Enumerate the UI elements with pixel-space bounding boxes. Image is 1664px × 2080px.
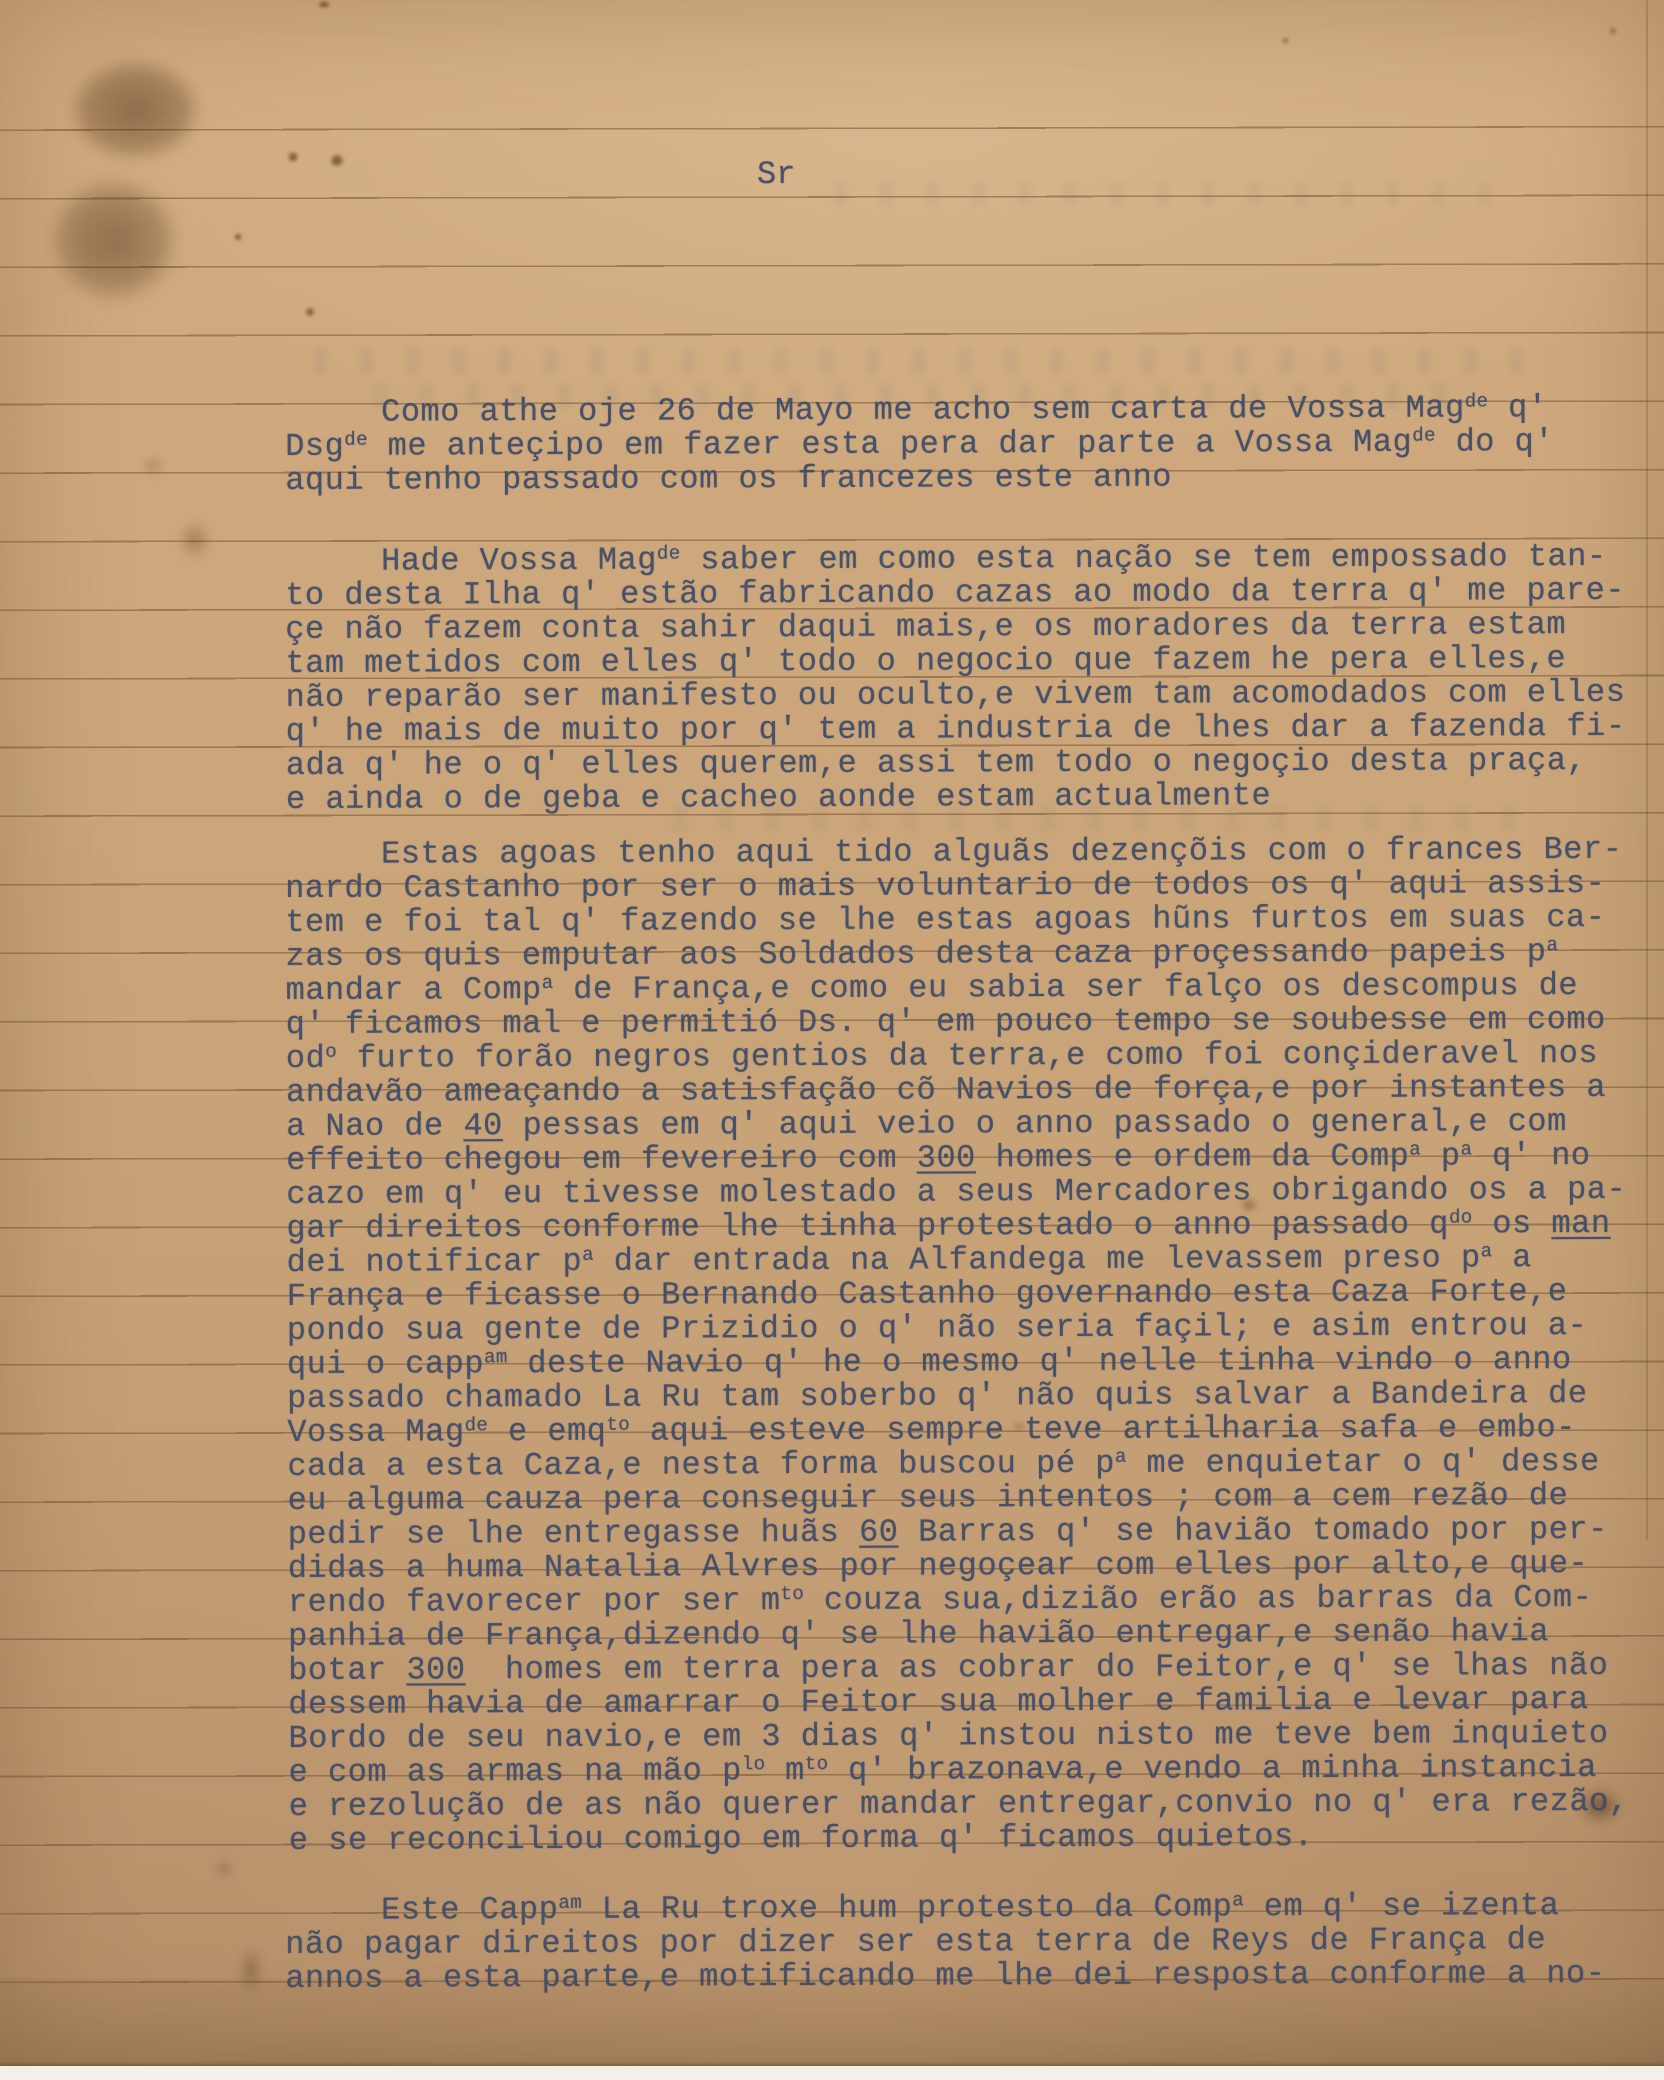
- text-line: annos a esta parte,e motificando me lhe …: [285, 1957, 1645, 1996]
- text-segment: Este Capp: [381, 1891, 558, 1929]
- text-segment: Hade Vossa Mag: [381, 542, 657, 580]
- superscript-text: de: [465, 1414, 489, 1436]
- text-segment: qui o capp: [287, 1345, 484, 1383]
- text-line: ada q' he o q' elles querem,e assi tem t…: [286, 744, 1646, 783]
- superscript-text: to: [805, 1753, 829, 1775]
- text-segment: os: [1473, 1205, 1552, 1242]
- superscript-text: de: [1412, 425, 1436, 447]
- text-segment: q': [1488, 389, 1547, 426]
- superscript-text: am: [484, 1346, 508, 1368]
- superscript-text: a: [1546, 934, 1558, 956]
- superscript-text: de: [344, 429, 368, 451]
- letter-body: Como athe oje 26 de Mayo me acho sem car…: [0, 0, 1664, 2080]
- superscript-text: a: [582, 1244, 594, 1266]
- superscript-text: to: [606, 1414, 630, 1436]
- superscript-text: o: [325, 1041, 337, 1063]
- text-segment: rendo favorecer por ser m: [288, 1582, 781, 1621]
- superscript-text: to: [780, 1583, 804, 1605]
- superscript-text: de: [657, 543, 681, 565]
- superscript-text: de: [1465, 390, 1489, 412]
- paragraph-1: Como athe oje 26 de Mayo me acho sem car…: [285, 391, 1645, 498]
- text-segment: e com as armas na mão p: [289, 1752, 742, 1791]
- underlined-text: man: [1551, 1205, 1610, 1242]
- superscript-text: a: [542, 972, 554, 994]
- superscript-text: a: [1232, 1889, 1244, 1911]
- text-segment: a: [1492, 1239, 1532, 1276]
- superscript-text: a: [1460, 1138, 1472, 1160]
- superscript-text: a: [1409, 1139, 1421, 1161]
- underlined-text: 40: [463, 1107, 503, 1144]
- superscript-text: a: [1481, 1240, 1493, 1262]
- text-segment: q' no: [1472, 1137, 1590, 1174]
- text-segment: mandar a Comp: [286, 971, 542, 1009]
- text-segment: me enquietar o q' desse: [1127, 1443, 1600, 1482]
- superscript-text: do: [1449, 1206, 1473, 1228]
- paragraph-3: Estas agoas tenho aqui tido alguãs dezen…: [285, 833, 1649, 1858]
- underlined-text: 60: [859, 1514, 899, 1551]
- text-line: Dsgde me anteçipo em fazer esta pera dar…: [285, 425, 1645, 464]
- text-segment: do q': [1436, 423, 1554, 460]
- paragraph-2: Hade Vossa Magde saber em como esta naçã…: [285, 540, 1646, 817]
- superscript-text: lo: [742, 1753, 766, 1775]
- superscript-text: am: [558, 1892, 582, 1914]
- text-segment: e emq: [488, 1413, 606, 1450]
- text-segment: e se reconciliou comigo em forma q' fica…: [289, 1818, 1314, 1859]
- text-segment: botar: [288, 1652, 406, 1689]
- document-page: Sr Como athe oje 26 de Mayo me acho sem …: [0, 0, 1664, 2080]
- underlined-text: 300: [917, 1139, 976, 1176]
- text-segment: Dsg: [285, 428, 344, 465]
- text-segment: a Nao de: [286, 1107, 463, 1145]
- text-line: e se reconciliou comigo em forma q' fica…: [289, 1819, 1649, 1858]
- paragraph-4: Este Cappam La Ru troxe hum protesto da …: [285, 1889, 1645, 1996]
- text-segment: aqui tenho passado com os francezes este…: [285, 459, 1172, 499]
- text-segment: homes e ordem da Comp: [976, 1138, 1410, 1177]
- underlined-text: 300: [406, 1651, 465, 1688]
- text-segment: em q' se izenta: [1244, 1887, 1559, 1925]
- text-line: e ainda o de geba e cacheo aonde estam a…: [286, 778, 1646, 817]
- text-line: aqui tenho passado com os francezes este…: [285, 459, 1645, 498]
- text-segment: annos a esta parte,e motificando me lhe …: [285, 1955, 1605, 1997]
- text-segment: me anteçipo em fazer esta pera dar parte…: [368, 424, 1412, 465]
- superscript-text: a: [1115, 1446, 1127, 1468]
- text-line: e rezolução de as não querer mandar entr…: [289, 1785, 1649, 1824]
- text-segment: Vossa Mag: [287, 1413, 464, 1451]
- text-segment: m: [765, 1752, 805, 1789]
- text-segment: p: [1421, 1137, 1461, 1174]
- text-segment: dei notificar p: [287, 1243, 583, 1281]
- text-segment: e ainda o de geba e cacheo aonde estam a…: [286, 777, 1271, 818]
- text-segment: od: [286, 1040, 326, 1077]
- text-segment: pedir se lhe entregasse huãs: [288, 1514, 860, 1553]
